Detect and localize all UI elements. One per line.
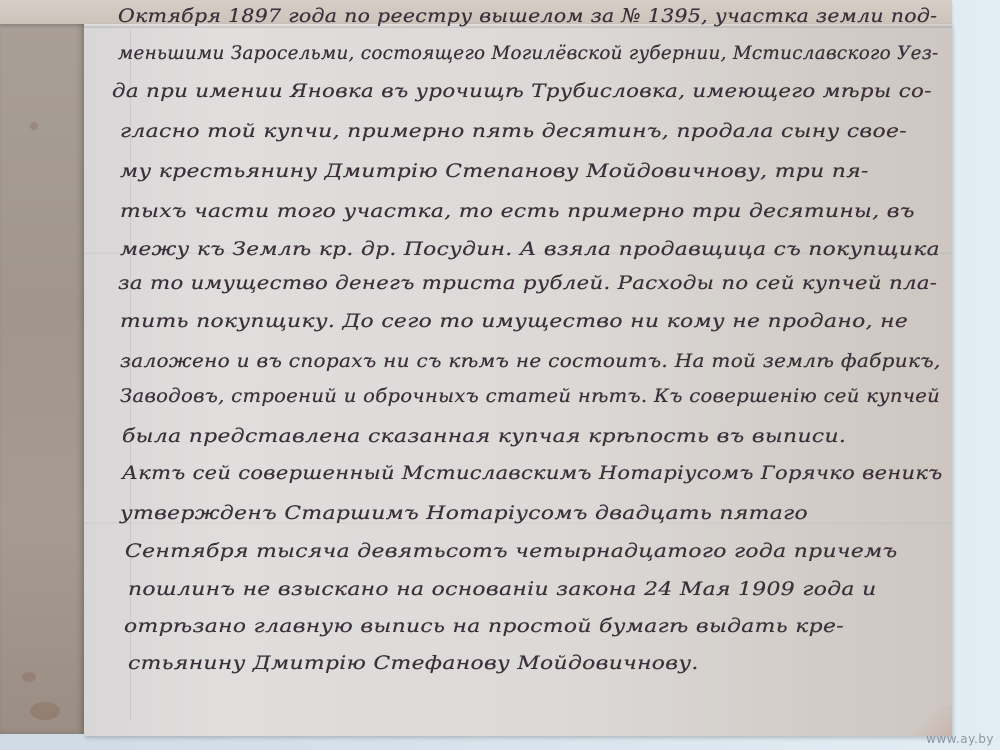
- handwritten-line: за то имущество денегъ триста рублей. Ра…: [118, 272, 937, 294]
- handwritten-line: Заводовъ, строений и оброчныхъ статей нѣ…: [120, 385, 940, 407]
- handwritten-line: отрѣзано главную выпись на простой бумаг…: [124, 615, 844, 637]
- handwritten-line: тыхъ части того участка, то есть примерн…: [120, 200, 915, 222]
- handwritten-line: была представлена сказанная купчая крѣпо…: [122, 425, 846, 447]
- handwritten-line: заложено и въ спорахъ ни съ кѣмъ не сост…: [120, 350, 941, 372]
- handwritten-line: пошлинъ не взыскано на основаніи закона …: [128, 578, 876, 600]
- handwritten-text-block: Октября 1897 года по реестру вышелом за …: [0, 0, 1000, 750]
- handwritten-line: Сентября тысяча девятьсотъ четырнадцатог…: [125, 540, 898, 562]
- watermark: www.ay.by: [926, 732, 994, 746]
- handwritten-line: да при имении Яновка въ урочищѣ Трубисло…: [112, 80, 932, 102]
- handwritten-line: му крестьянину Дмитрію Степанову Мойдови…: [120, 160, 869, 182]
- handwritten-line: стьянину Дмитрію Стефанову Мойдовичнову.: [128, 652, 699, 674]
- handwritten-line: утвержденъ Старшимъ Нотаріусомъ двадцать…: [120, 502, 808, 524]
- handwritten-line: межу къ Землѣ кр. др. Посудин. А взяла п…: [120, 238, 940, 260]
- handwritten-line: Октября 1897 года по реестру вышелом за …: [118, 5, 937, 27]
- handwritten-line: гласно той купчи, примерно пять десятинъ…: [120, 120, 907, 142]
- handwritten-line: Актъ сей совершенный Мстиславскимъ Нотар…: [122, 462, 943, 484]
- handwritten-line: меньшими Заросельми, состоящего Могилёвс…: [118, 42, 939, 64]
- handwritten-line: тить покупщику. До сего то имущество ни …: [120, 310, 908, 332]
